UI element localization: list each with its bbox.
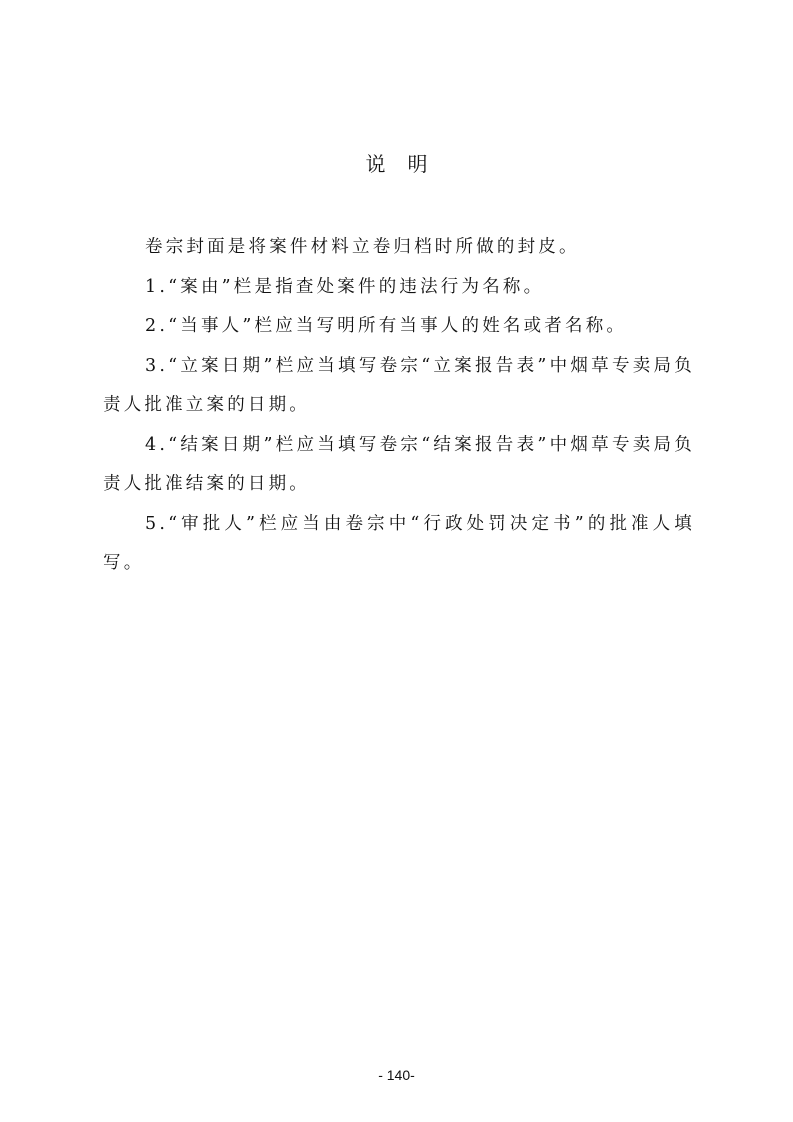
page-title-char-1: 说 — [366, 148, 386, 177]
page-title: 说明 — [0, 148, 793, 177]
paragraph-item-2: 2.“当事人”栏应当写明所有当事人的姓名或者名称。 — [103, 307, 695, 347]
body-text: 卷宗封面是将案件材料立卷归档时所做的封皮。 1.“案由”栏是指查处案件的违法行为… — [103, 228, 695, 584]
paragraph-item-3: 3.“立案日期”栏应当填写卷宗“立案报告表”中烟草专卖局负责人批准立案的日期。 — [103, 347, 695, 426]
page-title-char-2: 明 — [408, 148, 428, 177]
page-number: - 140- — [0, 1067, 793, 1083]
paragraph-item-4: 4.“结案日期”栏应当填写卷宗“结案报告表”中烟草专卖局负责人批准结案的日期。 — [103, 426, 695, 505]
paragraph-item-1: 1.“案由”栏是指查处案件的违法行为名称。 — [103, 268, 695, 308]
paragraph-item-5: 5.“审批人”栏应当由卷宗中“行政处罚决定书”的批准人填写。 — [103, 505, 695, 584]
paragraph-intro: 卷宗封面是将案件材料立卷归档时所做的封皮。 — [103, 228, 695, 268]
